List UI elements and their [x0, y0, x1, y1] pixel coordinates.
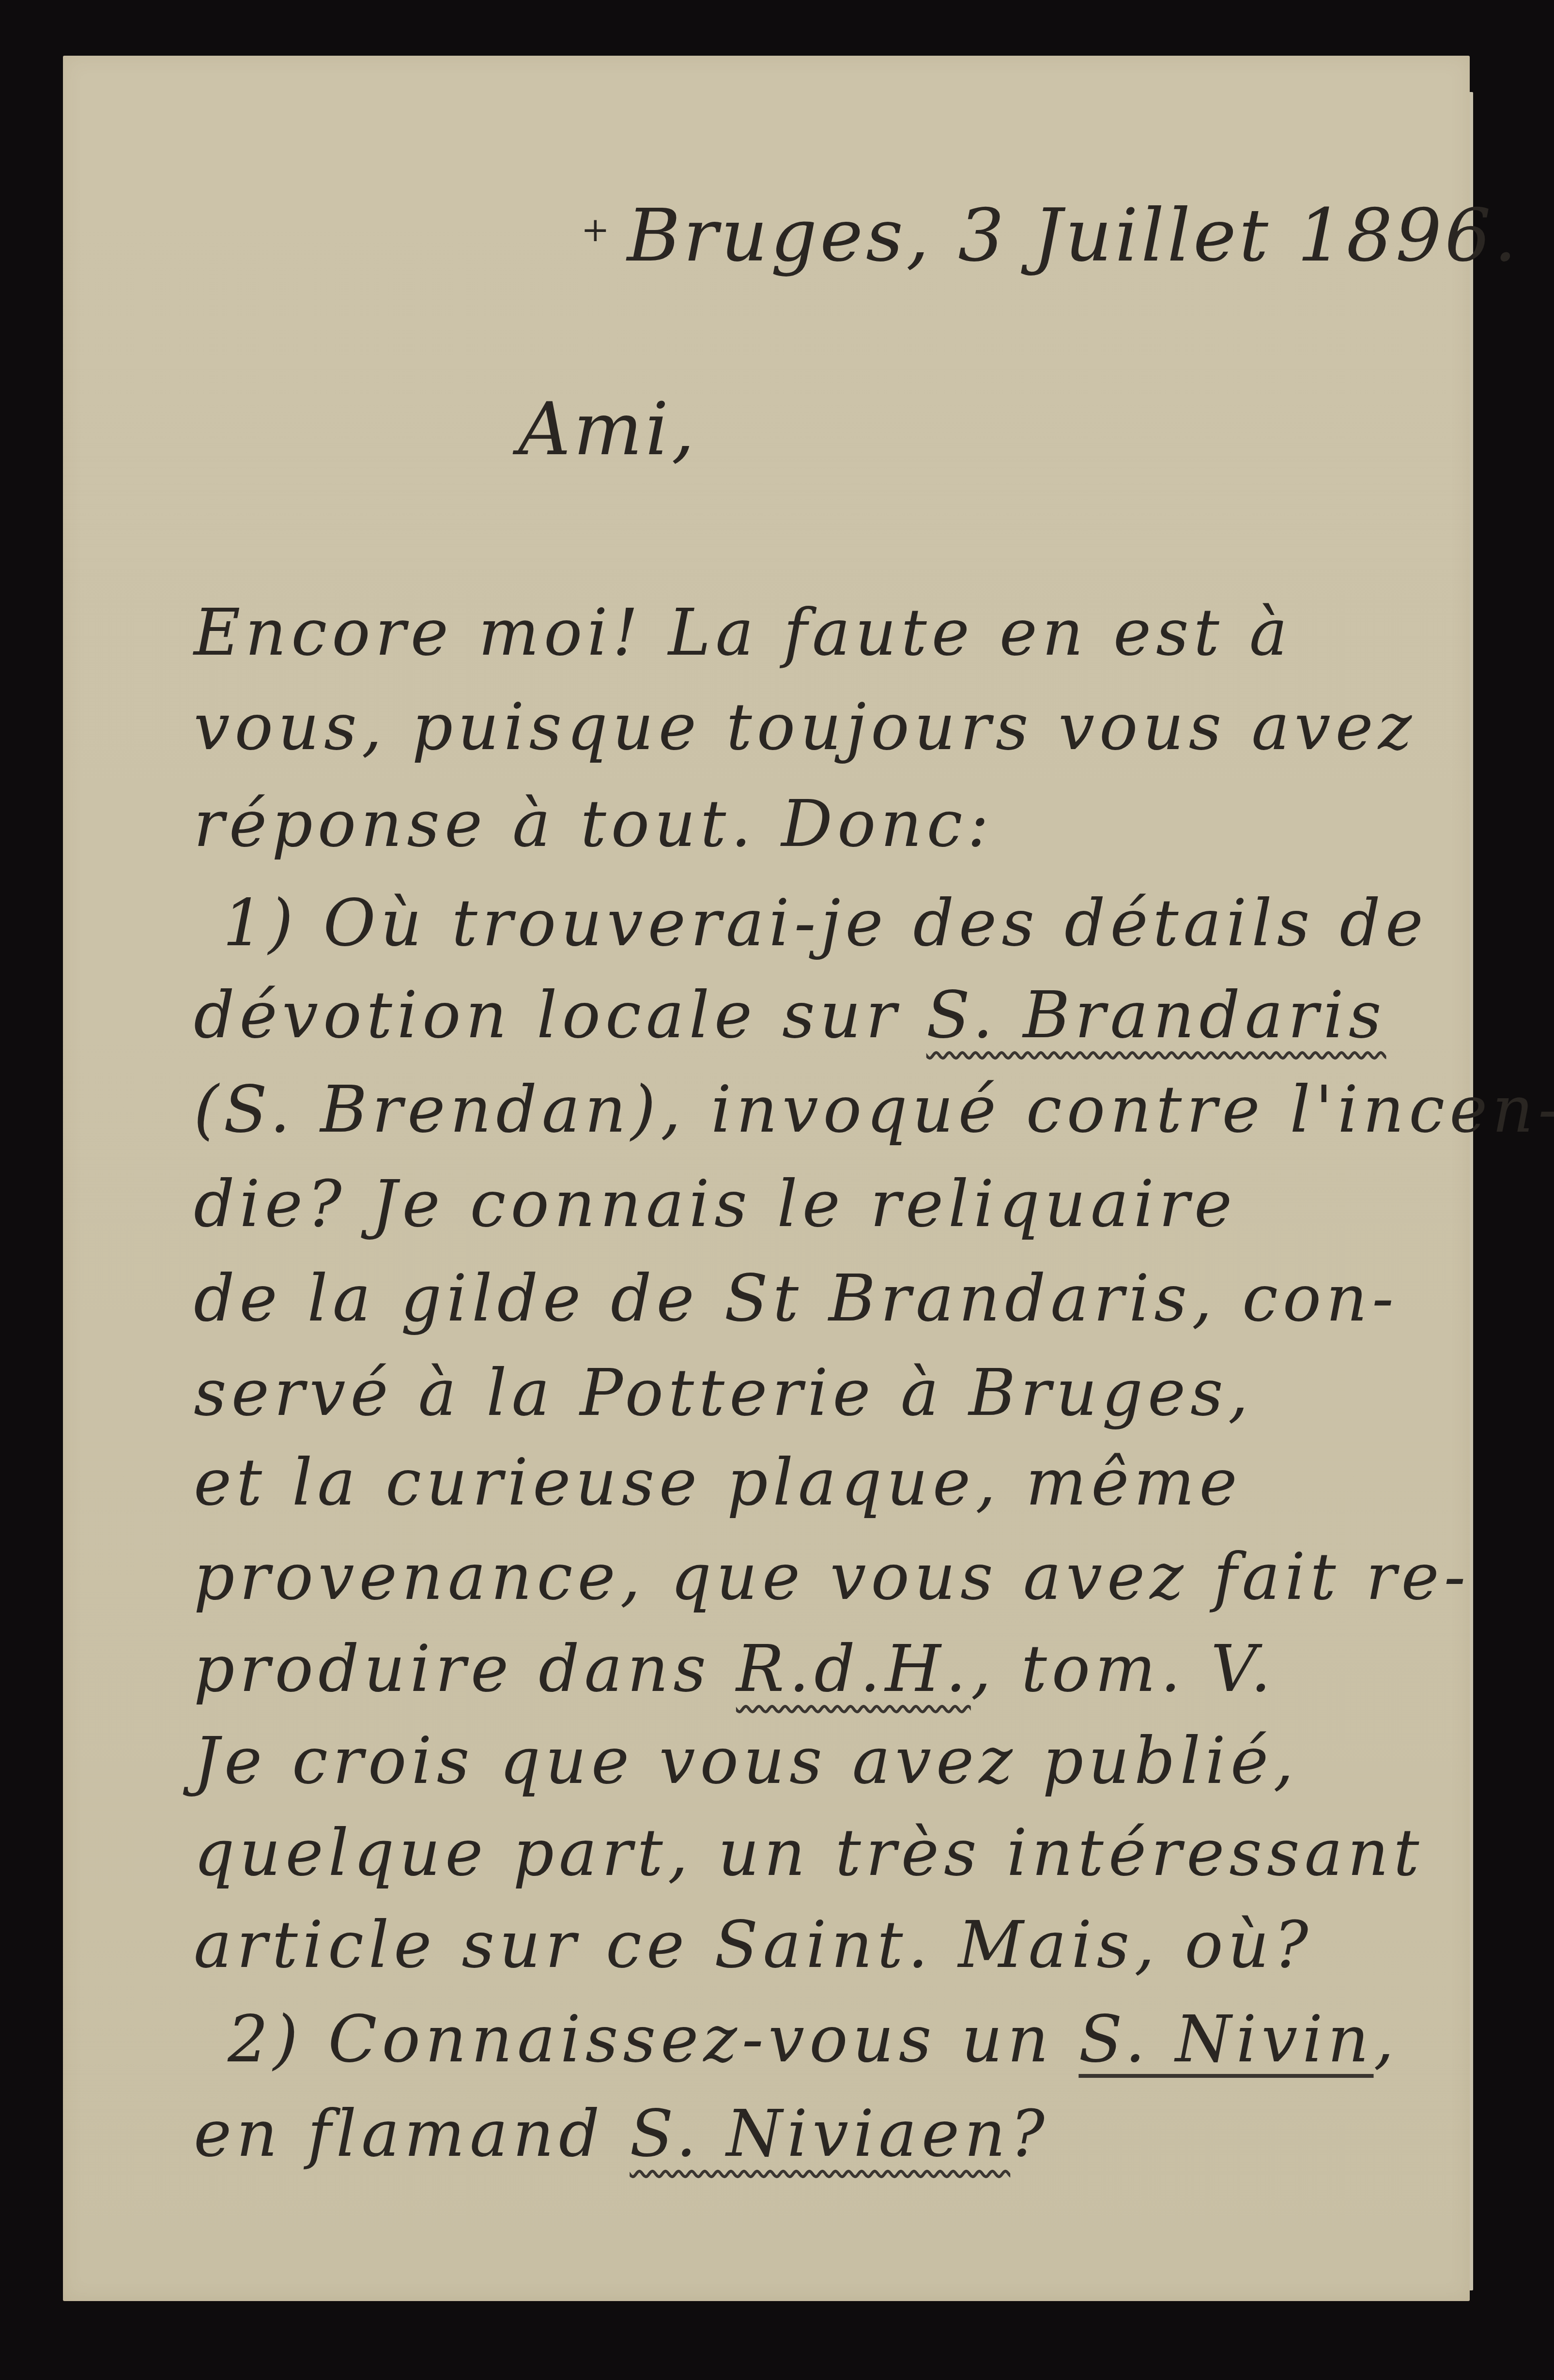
line-12-pre: produire dans: [194, 1632, 736, 1706]
letter-line-13: Je crois que vous avez publié,: [194, 1724, 1298, 1798]
letter-line-7: die? Je connais le reliquaire: [194, 1167, 1237, 1242]
scan-background: +Bruges, 3 Juillet 1896. Ami, Encore moi…: [0, 0, 1554, 2380]
letter-line-17: en flamand S. Niviaen?: [194, 2097, 1049, 2171]
line-5-pre: dévotion locale sur: [194, 978, 926, 1053]
letter-line-2: vous, puisque toujours vous avez: [194, 690, 1416, 765]
underlined-saint-nivin: S. Nivin: [1078, 2002, 1373, 2077]
letter-line-6: (S. Brendan), invoqué contre l'incen-: [194, 1073, 1554, 1147]
underlined-rdh: R.d.H.: [736, 1632, 971, 1706]
letter-line-16: 2) Connaissez-vous un S. Nivin,: [228, 2002, 1399, 2077]
letter-line-12: produire dans R.d.H., tom. V.: [194, 1632, 1276, 1706]
letter-line-5: dévotion locale sur S. Brandaris: [194, 978, 1386, 1053]
letter-line-3: réponse à tout. Donc:: [194, 787, 994, 861]
letter-line-15: article sur ce Saint. Mais, où?: [194, 1908, 1313, 1982]
letter-line-9: servé à la Potterie à Bruges,: [194, 1356, 1253, 1430]
line-12-post: , tom. V.: [971, 1632, 1276, 1706]
salutation: Ami,: [518, 387, 697, 472]
letter-line-1: Encore moi! La faute en est à: [194, 596, 1292, 670]
line-16-pre: 2) Connaissez-vous un: [228, 2002, 1078, 2077]
underlined-saint-brandaris: S. Brandaris: [926, 978, 1386, 1053]
line-17-post: ?: [1010, 2097, 1049, 2171]
line-16-post: ,: [1374, 2002, 1399, 2077]
place-date: Bruges, 3 Juillet 1896.: [627, 194, 1520, 278]
letter-line-4: 1) Où trouverai-je des détails de: [223, 886, 1428, 961]
letter-line-8: de la gilde de St Brandaris, con-: [194, 1261, 1399, 1336]
line-17-pre: en flamand: [194, 2097, 630, 2171]
letter-header: +Bruges, 3 Juillet 1896.: [581, 194, 1520, 278]
letter-line-14: quelque part, un très intéressant: [194, 1816, 1424, 1890]
letter-line-11: provenance, que vous avez fait re-: [194, 1540, 1470, 1614]
letter-line-10: et la curieuse plaque, même: [194, 1445, 1242, 1520]
underlined-saint-niviaen: S. Niviaen: [630, 2097, 1010, 2171]
cross-mark: +: [581, 210, 613, 249]
